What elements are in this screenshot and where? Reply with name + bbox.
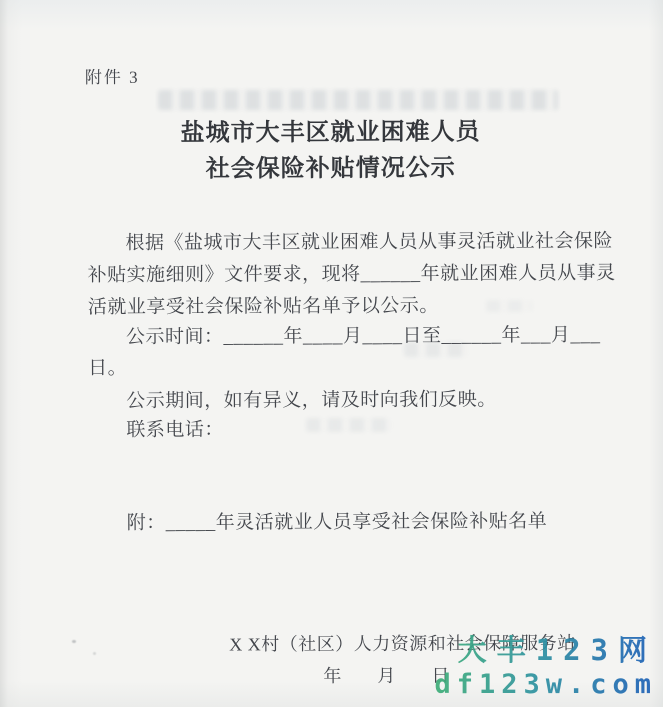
site-watermark: 大丰123网 df123w.com — [434, 633, 657, 703]
paragraph-line: 补贴实施细则》文件要求，现将______年就业困难人员从事灵 — [88, 258, 616, 287]
document-title-line1: 盐城市大丰区就业困难人员 — [0, 111, 662, 149]
watermark-site-url: df123w.com — [434, 667, 657, 703]
feedback-line: 公示期间，如有异义，请及时向我们反映。 — [126, 384, 497, 413]
watermark-site-name: 大丰123网 — [434, 633, 657, 667]
document-title-line2: 社会保险补贴情况公示 — [0, 147, 662, 185]
publicity-time-line-wrap: 日。 — [88, 353, 127, 380]
paragraph-line: 根据《盐城市大丰区就业困难人员从事灵活就业社会保险 — [125, 226, 613, 255]
signature-date-line: 年 月 日 — [323, 661, 449, 688]
attachment-label: 附件 3 — [85, 63, 140, 88]
paragraph-line: 活就业享受社会保险补贴名单予以公示。 — [88, 291, 439, 320]
contact-phone-line: 联系电话： — [126, 414, 224, 441]
attachment-note-line: 附：_____年灵活就业人员享受社会保险补贴名单 — [127, 506, 548, 535]
publicity-time-line: 公示时间：______年____月____日至______年___月___ — [126, 320, 601, 349]
scanned-document-page: 附件 3 盐城市大丰区就业困难人员 社会保险补贴情况公示 根据《盐城市大丰区就业… — [0, 0, 663, 707]
document-content: 附件 3 盐城市大丰区就业困难人员 社会保险补贴情况公示 根据《盐城市大丰区就业… — [0, 0, 663, 707]
